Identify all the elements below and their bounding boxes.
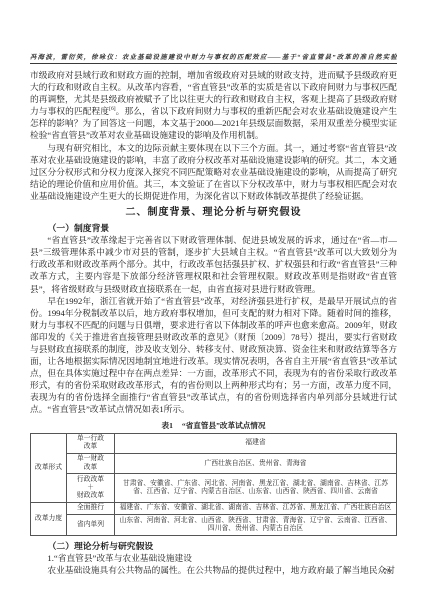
page-number: 79 — [384, 567, 392, 576]
table-cell-type: 单一财政 改革 — [67, 453, 115, 473]
table-caption: 表1“省直管县”改革试点情况 — [30, 421, 397, 430]
table-cell-provinces: 福建省、广东省、安徽省、湖北省、湖南省、吉林省、江苏省、黑龙江省、广西壮族自治区 — [115, 502, 397, 514]
table-row: 改革力度 全面推行 福建省、广东省、安徽省、湖北省、湖南省、吉林省、江苏省、黑龙… — [31, 502, 397, 514]
document-page: 冯海波，雷衍笑，徐咏仪：农业基础设施建设中财力与事权的匹配效应——基于“省直管县… — [0, 0, 427, 600]
paragraph-reform-origin: “省直管县”改革缘起于完善省以下财政管理体制、促进县域发展的诉求，通过在“省—市… — [30, 234, 397, 294]
table-caption-label: 表1 — [162, 421, 173, 430]
table-cell-provinces: 福建省 — [115, 433, 397, 453]
table-cell-type: 全面推行 — [67, 502, 115, 514]
table-caption-title: “省直管县”改革试点情况 — [182, 421, 266, 430]
table-cell-provinces: 山东省、河南省、河北省、山西省、陕西省、甘肃省、青海省、辽宁省、云南省、江西省、… — [115, 515, 397, 535]
table-row: 单一财政 改革 广西壮族自治区、贵州省、青海省 — [31, 453, 397, 473]
article-body: 市级政府对县域行政和财政方面的控制，增加省级政府对县域的财政支持，进而赋予县级政… — [30, 69, 397, 576]
table-cell-group-intensity: 改革力度 — [31, 502, 67, 535]
table-cell-provinces: 广西壮族自治区、贵州省、青海省 — [115, 453, 397, 473]
table-cell-type: 省内单列 — [67, 515, 115, 535]
table-cell-type: 单一行政 改革 — [67, 433, 115, 453]
section-heading: 二、制度背景、理论分析与研究假设 — [30, 206, 397, 219]
paragraph-intro: 市级政府对县域行政和财政方面的控制，增加省级政府对县域的财政支持，进而赋予县级政… — [30, 69, 397, 142]
reform-pilot-table: 改革形式 单一行政 改革 福建省 单一财政 改革 广西壮族自治区、贵州省、青海省… — [30, 433, 397, 536]
table-row: 省内单列 山东省、河南省、河北省、山西省、陕西省、甘肃省、青海省、辽宁省、云南省… — [31, 515, 397, 535]
subsection-heading-institutional-background: （一）制度背景 — [30, 222, 397, 234]
running-head: 冯海波，雷衍笑，徐咏仪：农业基础设施建设中财力与事权的匹配效应——基于“省直管县… — [30, 52, 397, 64]
subsection-heading-theoretical-analysis: （二）理论分析与研究假设 — [30, 540, 397, 552]
table-row: 改革形式 单一行政 改革 福建省 — [31, 433, 397, 453]
table-cell-provinces: 甘肃省、安徽省、广东省、河北省、河南省、黑龙江省、湖北省、湖南省、吉林省、江苏省… — [115, 474, 397, 503]
paragraph-public-goods: 农业基础设施具有公共物品的属性。在公共物品的提供过程中，地方政府最了解当地民众对 — [30, 564, 397, 576]
table-cell-group-form: 改革形式 — [31, 433, 67, 502]
table-cell-type: 行政改革 ＋ 财政改革 — [67, 474, 115, 503]
table-row: 行政改革 ＋ 财政改革 甘肃省、安徽省、广东省、河北省、河南省、黑龙江省、湖北省… — [31, 474, 397, 503]
paragraph-reform-history: 早在1992年，浙江省就开始了“省直管县”改革，对经济强县进行扩权，是最早开展试… — [30, 295, 397, 416]
paragraph-contributions: 与现有研究相比，本文的边际贡献主要体现在以下三个方面。其一，通过考察“省直管县”… — [30, 142, 397, 202]
subsub-item-heading: 1.“省直管县”改革与农业基础设施建设 — [30, 552, 397, 564]
